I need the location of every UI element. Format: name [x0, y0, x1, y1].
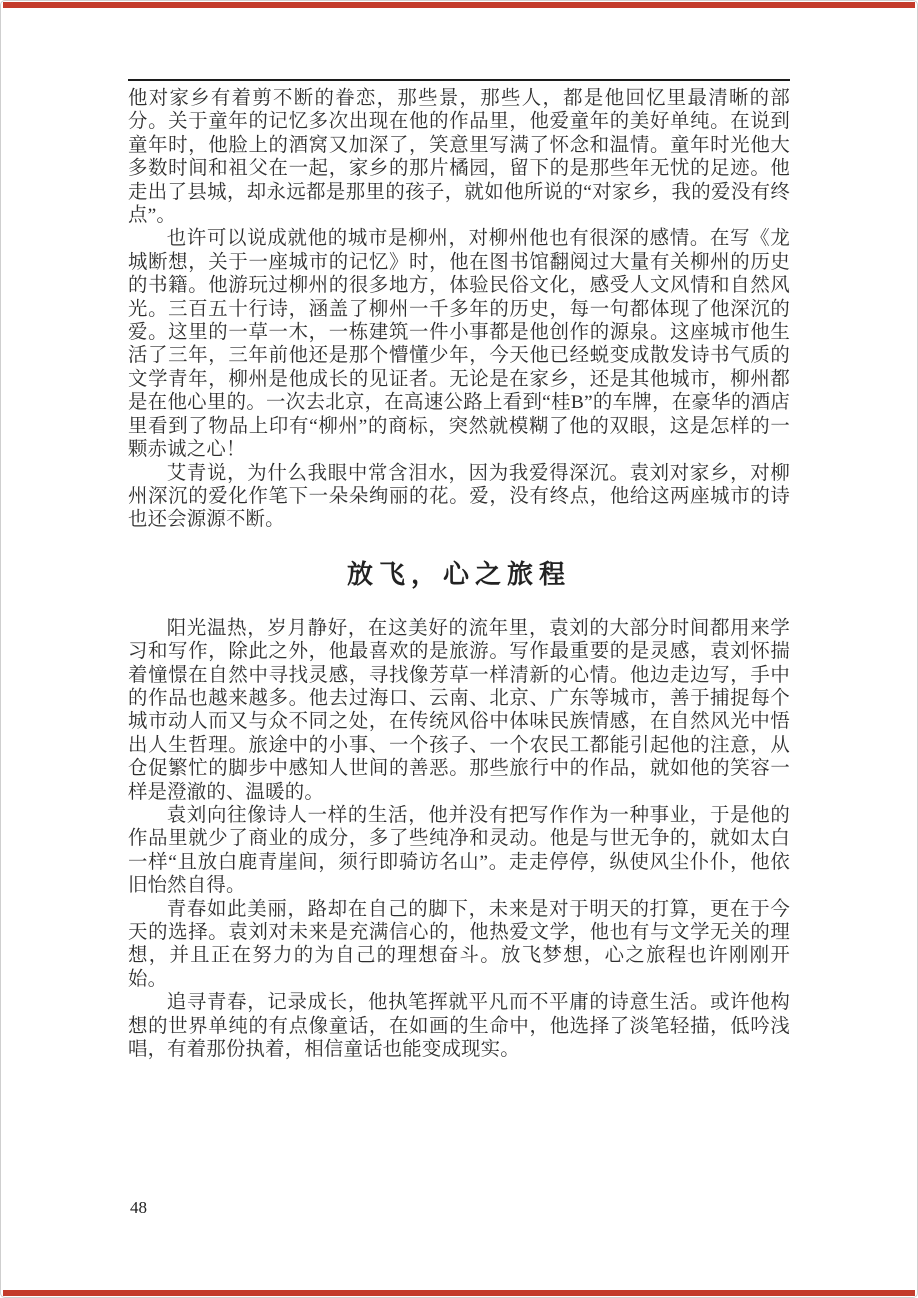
scanned-document-page: 他对家乡有着剪不断的眷恋，那些景，那些人，都是他回忆里最清晰的部分。关于童年的记…	[0, 0, 918, 1298]
article-body: 他对家乡有着剪不断的眷恋，那些景，那些人，都是他回忆里最清晰的部分。关于童年的记…	[128, 79, 790, 1061]
paragraph: 艾青说，为什么我眼中常含泪水，因为我爱得深沉。袁刘对家乡，对柳州深沉的爱化作笔下…	[128, 462, 790, 532]
bottom-red-divider	[3, 1290, 915, 1296]
page-number: 48	[130, 1198, 147, 1218]
paragraph: 也许可以说成就他的城市是柳州，对柳州他也有很深的感情。在写《龙城断想，关于一座城…	[128, 227, 790, 461]
paragraph-continuation: 他对家乡有着剪不断的眷恋，那些景，那些人，都是他回忆里最清晰的部分。关于童年的记…	[128, 87, 790, 227]
paragraph: 青春如此美丽，路却在自己的脚下，未来是对于明天的打算，更在于今天的选择。袁刘对未…	[128, 898, 790, 992]
header-rule	[128, 79, 790, 81]
paragraph: 阳光温热，岁月静好，在这美好的流年里，袁刘的大部分时间都用来学习和写作，除此之外…	[128, 617, 790, 804]
section-heading: 放飞，心之旅程	[128, 554, 790, 591]
paragraph: 追寻青春，记录成长，他执笔挥就平凡而不平庸的诗意生活。或许他构想的世界单纯的有点…	[128, 991, 790, 1061]
top-red-divider	[3, 2, 915, 8]
paragraph: 袁刘向往像诗人一样的生活，他并没有把写作作为一种事业，于是他的作品里就少了商业的…	[128, 804, 790, 898]
